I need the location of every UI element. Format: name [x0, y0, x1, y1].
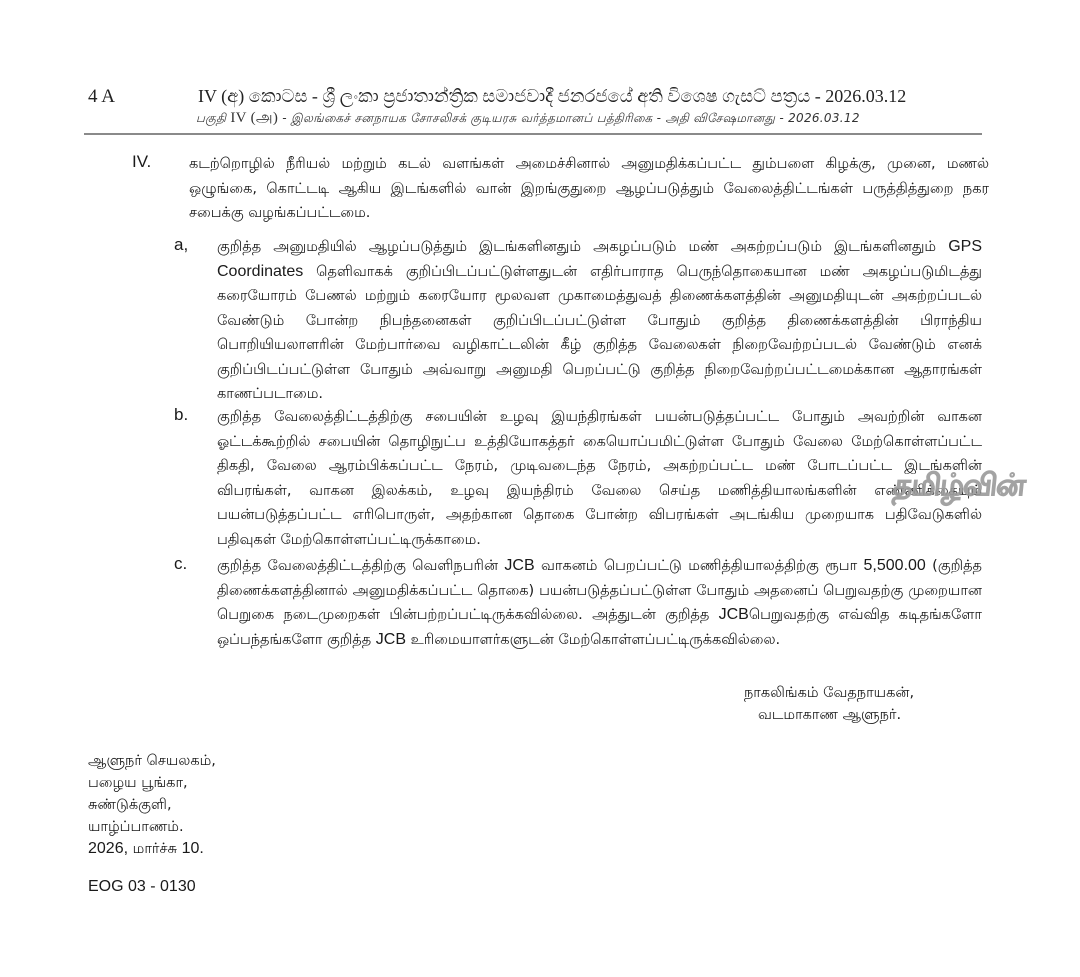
gazette-title-sinhala: IV (අ) කොටස - ශ්‍රී ලංකා ප්‍රජාතාන්ත්‍රි…: [198, 86, 906, 107]
item-text-part: வாகனம் பெறப்பட்டு மணித்தியாலத்திற்கு ரூப…: [535, 558, 864, 574]
jcb-term: JCB: [719, 606, 749, 623]
date-day: 10.: [182, 840, 204, 857]
watermark-logo: தமிழ்வின்: [891, 468, 1027, 507]
date-month: மார்ச்சு: [128, 841, 182, 857]
item-c: c. குறித்த வேலைத்திட்டத்திற்கு வெளிநபரின…: [174, 554, 994, 652]
item-text-part: தெளிவாகக் குறிப்பிடப்பட்டுள்ளதுடன் எதிர்…: [217, 264, 982, 403]
item-marker: b.: [174, 405, 188, 425]
item-text-part: குறித்த வேலைத்திட்டத்திற்கு வெளிநபரின்: [217, 558, 504, 574]
gazette-title-tamil: பகுதி IV (அ) - இலங்கைச் சனநாயக சோசலிசக் …: [196, 109, 860, 128]
signatory-name: நாகலிங்கம் வேதநாயகன்,: [744, 682, 914, 704]
item-a: a, குறித்த அனுமதியில் ஆழப்படுத்தும் இடங்…: [174, 235, 994, 407]
amount-value: 5,500.00: [864, 557, 926, 574]
item-marker: c.: [174, 554, 187, 574]
signature-block: நாகலிங்கம் வேதநாயகன், வடமாகாண ஆளுநர்.: [744, 682, 914, 726]
address-block: ஆளுநர் செயலகம், பழைய பூங்கா, சுண்டுக்குள…: [88, 750, 216, 860]
jcb-term: JCB: [376, 631, 406, 648]
date-year: 2026,: [88, 840, 128, 857]
jcb-term: JCB: [504, 557, 534, 574]
address-line: யாழ்ப்பாணம்.: [88, 816, 216, 838]
section-text: கடற்றொழில் நீரியல் மற்றும் கடல் வளங்கள் …: [189, 152, 989, 226]
tamil-part-label: பகுதி: [196, 111, 226, 125]
item-text: குறித்த வேலைத்திட்டத்திற்கு வெளிநபரின் J…: [217, 554, 982, 652]
address-line: ஆளுநர் செயலகம்,: [88, 750, 216, 772]
page-number: 4 A: [88, 86, 115, 108]
section-marker: IV.: [132, 152, 151, 172]
item-text-part: குறித்த அனுமதியில் ஆழப்படுத்தும் இடங்களி…: [217, 239, 948, 255]
section-iv: IV. கடற்றொழில் நீரியல் மற்றும் கடல் வளங்…: [132, 152, 992, 226]
item-text: குறித்த அனுமதியில் ஆழப்படுத்தும் இடங்களி…: [217, 235, 982, 407]
issue-date: 2026, மார்ச்சு 10.: [88, 838, 216, 860]
tamil-part-number: IV (அ): [230, 110, 278, 126]
item-text: குறித்த வேலைத்திட்டத்திற்கு சபையின் உழவு…: [217, 405, 982, 552]
address-line: சுண்டுக்குளி,: [88, 794, 216, 816]
address-line: பழைய பூங்கா,: [88, 772, 216, 794]
signatory-title: வடமாகாண ஆளுநர்.: [744, 704, 914, 726]
reference-code: EOG 03 - 0130: [88, 878, 196, 896]
tamil-title-text: - இலங்கைச் சனநாயக சோசலிசக் குடியரசு வர்த…: [282, 111, 859, 125]
item-b: b. குறித்த வேலைத்திட்டத்திற்கு சபையின் உ…: [174, 405, 994, 552]
item-text-part: உரிமையாளர்களுடன் மேற்கொள்ளப்பட்டிருக்கவி…: [406, 632, 780, 648]
item-marker: a,: [174, 235, 188, 255]
header-divider: [84, 133, 982, 135]
